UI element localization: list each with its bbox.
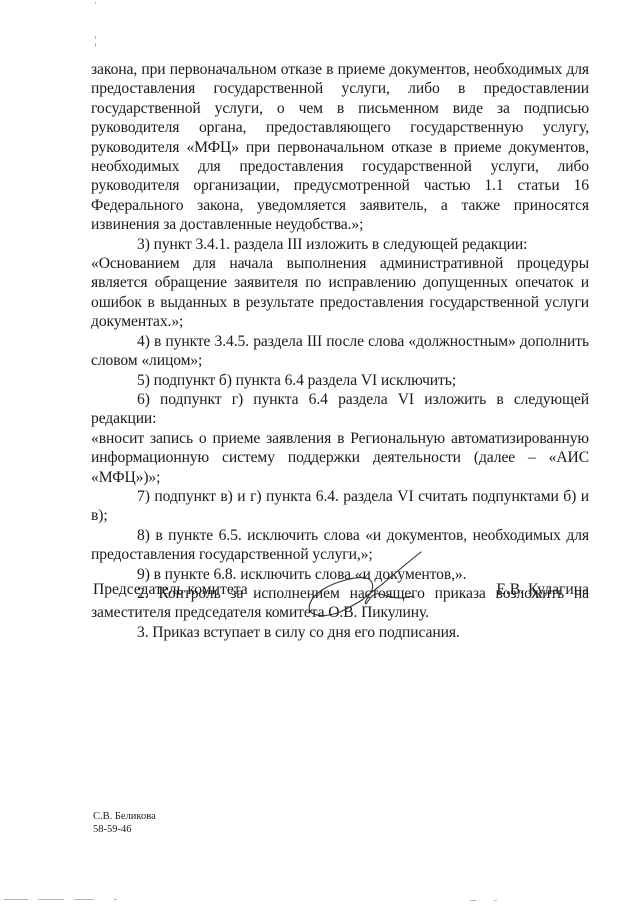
scan-artifact [114,899,117,900]
paragraph-item-7: 7) подпункт в) и г) пункта 6.4. раздела … [91,487,589,526]
document-page: закона, при первоначальном отказе в прие… [0,0,640,905]
signer-title: Председатель комитета [93,580,248,599]
handwritten-signature-icon [300,540,440,620]
paragraph-continuation: закона, при первоначальном отказе в прие… [91,60,589,235]
paragraph-item-5: 5) подпункт б) пункта 6.4 раздела VI иск… [91,371,589,390]
executor-footer: С.В. Беликова 58-59-46 [93,810,156,836]
paragraph-item-3-quote: «Основанием для начала выполнения админи… [91,254,589,332]
scan-artifact [494,900,497,901]
executor-name: С.В. Беликова [93,810,156,823]
paragraph-clause-3: 3. Приказ вступает в силу со дня его под… [91,623,589,642]
paragraph-item-6: 6) подпункт г) пункта 6.4 раздела VI изл… [91,390,589,429]
paragraph-item-4: 4) в пункте 3.4.5. раздела III после сло… [91,332,589,371]
scan-artifact [38,899,64,900]
paragraph-item-6-quote: «вносит запись о приеме заявления в Реги… [91,429,589,487]
executor-phone: 58-59-46 [93,823,156,836]
signer-name: Е.В. Кулагина [496,580,589,599]
scan-artifact [470,900,476,901]
scan-artifact [95,2,96,4]
scan-artifact [95,36,96,39]
scan-artifact [95,43,96,47]
paragraph-item-3: 3) пункт 3.4.1. раздела III изложить в с… [91,235,589,254]
scan-artifact [4,899,28,900]
scan-artifact [74,899,94,900]
